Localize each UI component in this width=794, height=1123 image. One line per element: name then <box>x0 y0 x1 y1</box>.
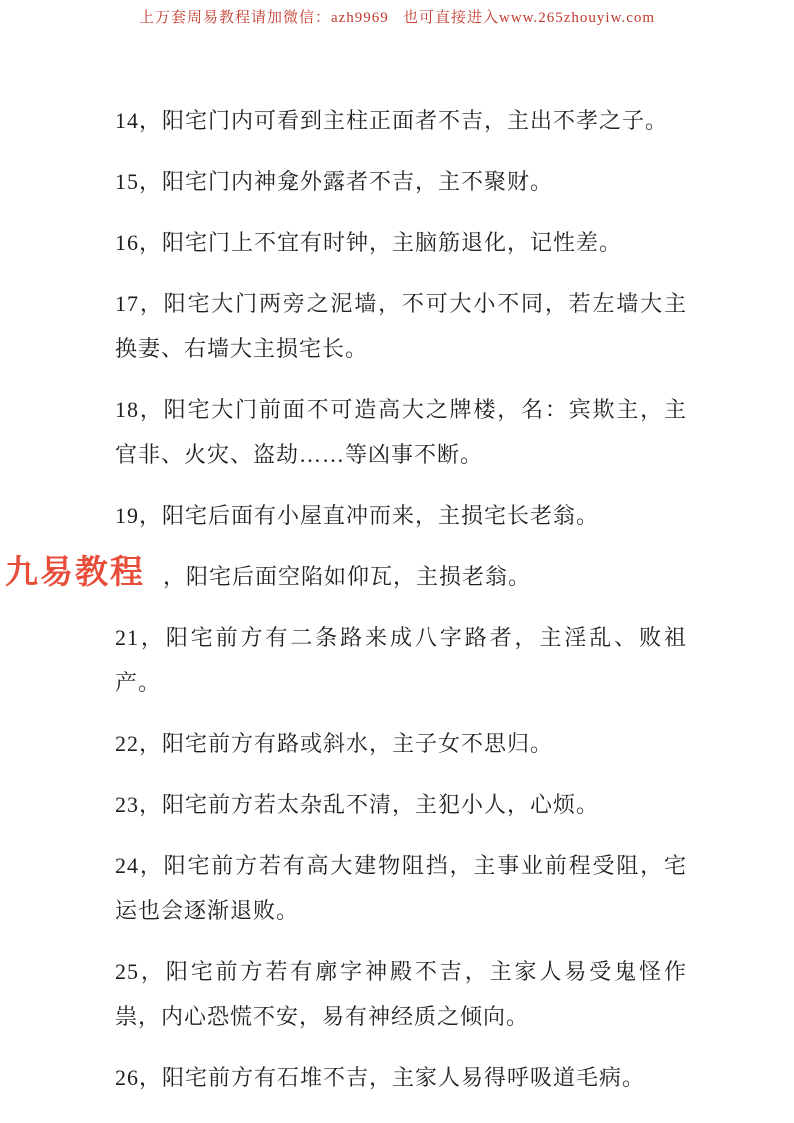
rule-item-21: 21，阳宅前方有二条路来成八字路者，主淫乱、败祖产。 <box>115 615 687 705</box>
rule-item-23: 23，阳宅前方若太杂乱不清，主犯小人，心烦。 <box>115 782 687 827</box>
rule-item-20: ，阳宅后面空陷如仰瓦，主损老翁。 <box>115 554 687 599</box>
document-page: 上万套周易教程请加微信：azh9969 也可直接进入www.265zhouyiw… <box>0 0 794 1123</box>
rule-item-25: 25，阳宅前方若有廓字神殿不吉，主家人易受鬼怪作祟，内心恐慌不安，易有神经质之倾… <box>115 949 687 1039</box>
rule-item-15: 15，阳宅门内神龛外露者不吉，主不聚财。 <box>115 159 687 204</box>
rule-item-17: 17，阳宅大门两旁之泥墙，不可大小不同，若左墙大主换妻、右墙大主损宅长。 <box>115 281 687 371</box>
rule-item-18: 18，阳宅大门前面不可造高大之牌楼，名：宾欺主，主官非、火灾、盗劫……等凶事不断… <box>115 387 687 477</box>
rule-item-16: 16，阳宅门上不宜有时钟，主脑筋退化，记性差。 <box>115 220 687 265</box>
rule-item-22: 22，阳宅前方有路或斜水，主子女不思归。 <box>115 721 687 766</box>
rule-item-19: 19，阳宅后面有小屋直冲而来，主损宅长老翁。 <box>115 493 687 538</box>
rule-item-24: 24，阳宅前方若有高大建物阻挡，主事业前程受阻，宅运也会逐渐退败。 <box>115 843 687 933</box>
page-header-promo-text: 上万套周易教程请加微信：azh9969 也可直接进入www.265zhouyiw… <box>0 6 794 27</box>
rule-item-26: 26，阳宅前方有石堆不吉，主家人易得呼吸道毛病。 <box>115 1055 687 1100</box>
rules-list: 14，阳宅门内可看到主柱正面者不吉，主出不孝之子。 15，阳宅门内神龛外露者不吉… <box>115 98 687 1116</box>
rule-item-14: 14，阳宅门内可看到主柱正面者不吉，主出不孝之子。 <box>115 98 687 143</box>
watermark-jiuyi-jiaocheng: 九易教程 <box>5 546 145 593</box>
